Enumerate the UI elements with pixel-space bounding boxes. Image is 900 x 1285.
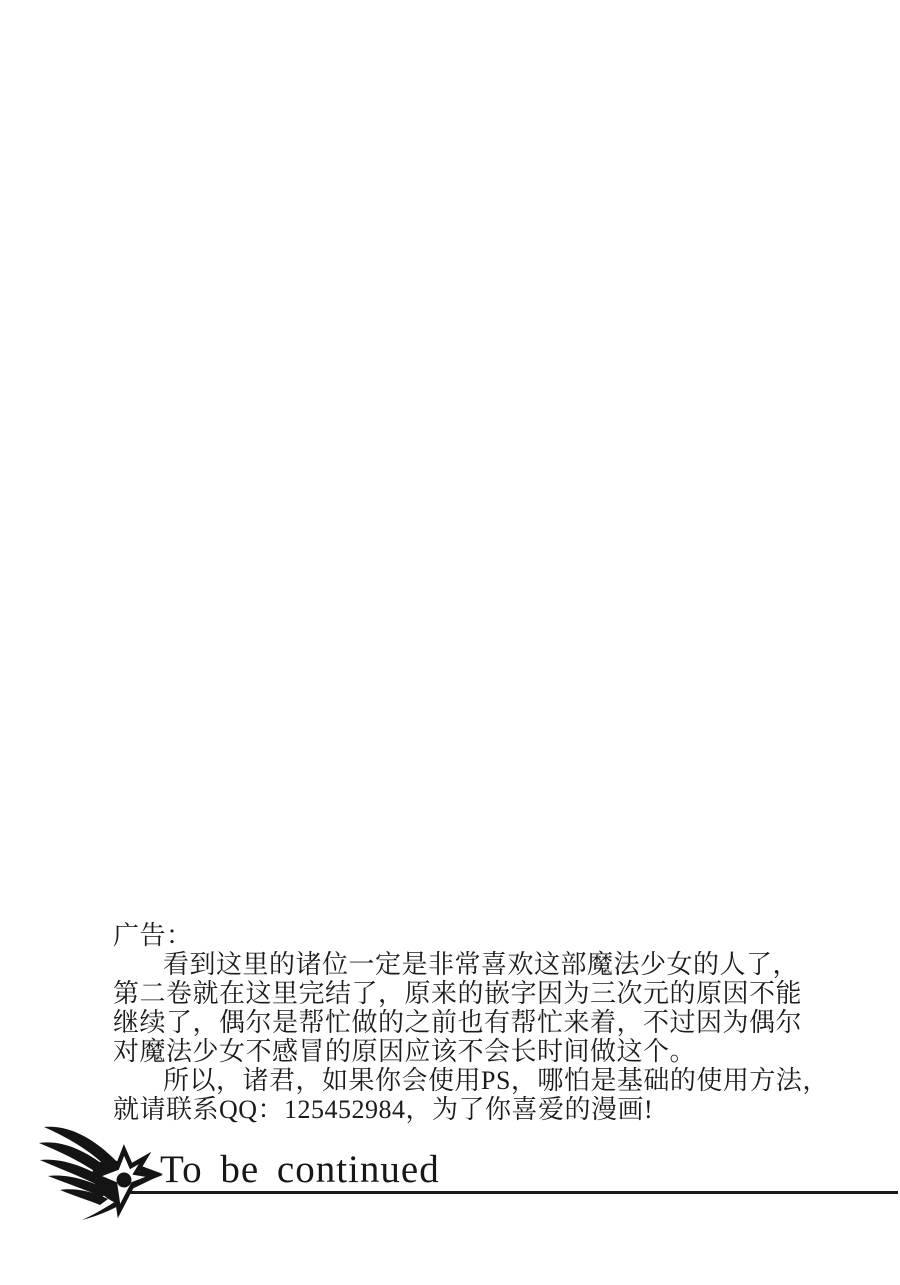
translator-notice-block: 广告： 看到这里的诸位一定是非常喜欢这部魔法少女的人了， 第二卷就在这里完结了，… — [113, 921, 793, 1124]
notice-line: 对魔法少女不感冒的原因应该不会长时间做这个。 — [113, 1037, 793, 1066]
to-be-continued-label: To be continued — [160, 1149, 440, 1191]
notice-line: 所以，诸君，如果你会使用PS，哪怕是基础的使用方法， — [113, 1066, 793, 1095]
footer-rule — [128, 1191, 898, 1194]
winged-star-icon — [36, 1118, 176, 1240]
notice-line: 就请联系QQ：125452984，为了你喜爱的漫画! — [113, 1095, 793, 1124]
notice-line: 看到这里的诸位一定是非常喜欢这部魔法少女的人了， — [113, 950, 793, 979]
notice-line: 广告： — [113, 921, 793, 950]
manga-credits-page: 广告： 看到这里的诸位一定是非常喜欢这部魔法少女的人了， 第二卷就在这里完结了，… — [0, 0, 900, 1285]
notice-line: 继续了，偶尔是帮忙做的之前也有帮忙来着，不过因为偶尔 — [113, 1008, 793, 1037]
notice-line: 第二卷就在这里完结了，原来的嵌字因为三次元的原因不能 — [113, 979, 793, 1008]
